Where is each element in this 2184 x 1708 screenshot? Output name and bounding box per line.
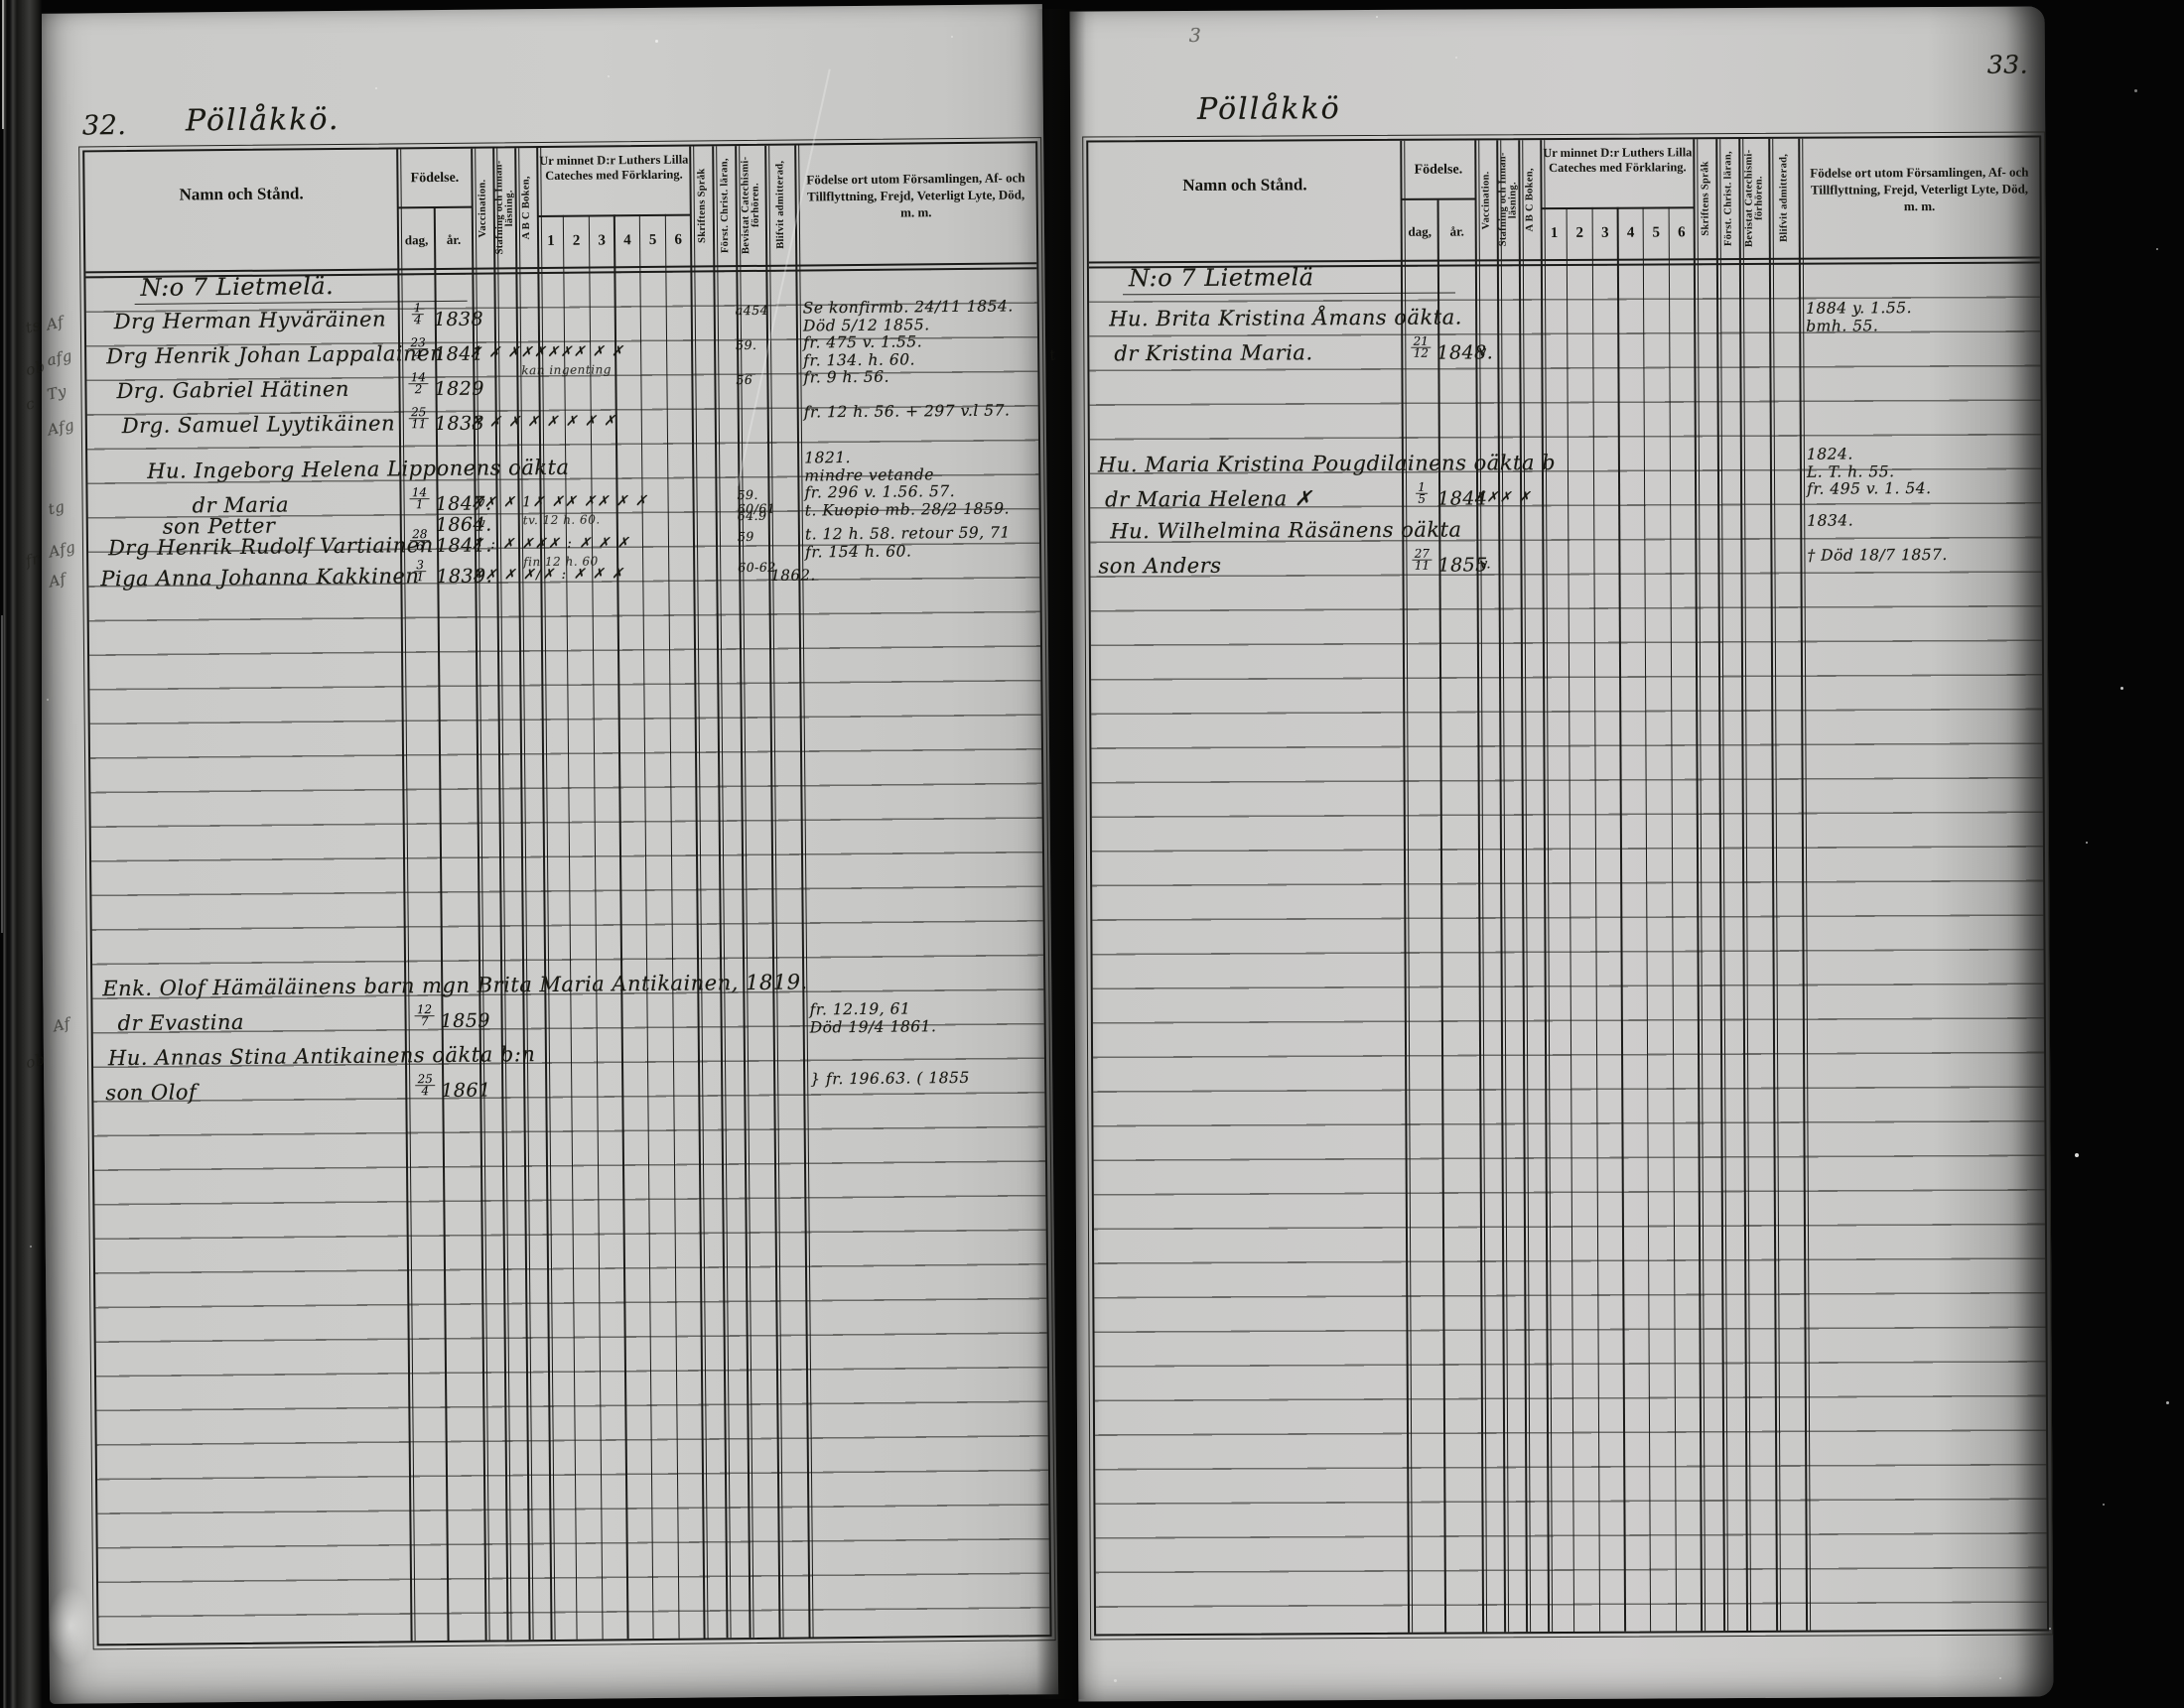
attendance-note: 64.9: [738, 508, 777, 522]
dust-speck: [2075, 1153, 2079, 1157]
birth-day: 234: [401, 337, 435, 360]
birth-year: 1838: [434, 309, 479, 330]
catechism-marks: ✗✗✗ ✗: [1473, 489, 1532, 505]
remarks-note: Se konfirmb. 24/11 1854. Död 5/12 1855.: [803, 297, 1039, 334]
catechism-marks-note: kan ingenting: [521, 362, 612, 377]
dust-speck: [30, 1246, 32, 1248]
entry-name: Piga Anna Johanna Kakkinen: [100, 564, 419, 591]
dust-speck: [1455, 57, 1457, 59]
entry-name: Hu. Maria Kristina Pougdilainens oäkta b: [1098, 451, 1556, 476]
page-number-right: 33.: [1987, 51, 2028, 79]
handwritten-ink-layer: N:o 7 LietmeläHu. Brita Kristina Åmans o…: [1088, 137, 2047, 1634]
section-heading: N:o 7 Lietmelä.: [140, 272, 334, 302]
catechism-marks: ✗ : ✗ ✗✗✗ : ✗ ✗ ✗: [472, 535, 630, 553]
margin-mark: Ty: [46, 382, 68, 404]
dust-speck: [2120, 687, 2123, 690]
remarks-note: 1821. mindre vetande: [804, 447, 1040, 484]
dust-speck: [2103, 1504, 2105, 1506]
margin-mark: afg: [46, 346, 74, 369]
dust-speck: [2166, 1401, 2169, 1404]
dust-speck: [2156, 248, 2158, 250]
dust-speck: [608, 75, 610, 77]
page-title-left: Pöllåkkö.: [186, 102, 341, 138]
handwritten-ink-layer: N:o 7 Lietmelä.Drg Herman Hyväräinen1418…: [84, 143, 1049, 1643]
attendance-note: a454: [736, 304, 775, 318]
birth-year: 1864.: [436, 513, 481, 535]
catechism-marks: ✗✗ ✗ 1✗ ✗✗ ✗✗ ✗ ✗: [472, 492, 649, 510]
birth-day: 15: [1405, 482, 1438, 505]
birth-day: 127: [407, 1004, 441, 1027]
remarks-note: † Död 18/7 1857.: [1807, 545, 2043, 564]
dust-speck: [2049, 1628, 2051, 1630]
page-corner-highlight: [48, 1586, 93, 1665]
entry-name: dr Evastina: [118, 1010, 245, 1035]
book-scan-photo: { "book": { "column_headers": { "name": …: [0, 0, 2184, 1708]
birth-day: 14: [401, 303, 435, 326]
dust-speck: [1999, 1677, 2001, 1679]
dust-speck: [951, 36, 953, 38]
remarks-note: fr. 495 v. 1. 54.: [1807, 478, 2043, 497]
remarks-note: fr. 296 v. 1.56. 57. t. Kuopio mb. 28/2 …: [804, 481, 1040, 519]
birth-year: 1855: [1437, 554, 1483, 576]
admitted-year: 1862.: [770, 566, 816, 584]
register-table-right: Namn och Stånd.Födelse.dag,år.Vaccinatio…: [1086, 135, 2049, 1636]
margin-mark: Afg: [46, 416, 75, 439]
page-left: 32. Pöllåkkö. Namn och Stånd.Födelse.dag…: [34, 4, 1058, 1704]
stray-ink-mark: 3: [1189, 25, 1202, 47]
attendance-note: 56: [736, 373, 775, 387]
page-title-right: Pöllåkkö: [1197, 91, 1341, 127]
dust-speck: [2134, 89, 2137, 92]
birth-day: 286: [403, 529, 437, 552]
margin-mark: Af: [52, 1014, 72, 1035]
dust-speck: [47, 699, 49, 701]
dust-speck: [1376, 16, 1378, 18]
margin-mark: t: [1048, 345, 1058, 364]
entry-name: Drg Henrik Johan Lappalainen: [106, 341, 444, 368]
entry-name: Hu. Annas Stina Antikainens oäkta b:n: [108, 1042, 536, 1070]
birth-year: 1859: [441, 1010, 486, 1032]
catechism-marks: ✗ ✗ ✗ ✗ ✗ ✗ ✗ ✗: [471, 413, 617, 430]
catechism-marks-note: tv. 12 h. 60.: [523, 512, 601, 527]
birth-day: 31: [403, 560, 437, 583]
margin-mark: tg: [47, 497, 67, 518]
remarks-note: } fr. 196.63. ( 1855: [810, 1068, 1046, 1088]
margin-mark: Afg: [47, 537, 76, 560]
section-underline: [1123, 293, 1455, 296]
page-edge-glint: [1, 615, 3, 933]
vaccination-mark: v: [1478, 343, 1487, 359]
remarks-note: 1834.: [1807, 510, 2043, 529]
birth-day: 142: [401, 372, 435, 395]
entry-name: dr Maria Helena ✗: [1105, 486, 1312, 511]
birth-year: 1861: [441, 1080, 486, 1102]
margin-mark: Af: [45, 313, 66, 333]
dust-speck: [655, 40, 658, 43]
remarks-note: fr. 12.19, 61 Död 19/4 1861.: [809, 998, 1045, 1036]
entry-name: Hu. Wilhelmina Räsänens oäkta: [1110, 517, 1461, 543]
entry-name: Hu. Ingeborg Helena Lipponens oäkta: [147, 455, 569, 482]
remarks-note: fr. 12 h. 56. + 297 v.l 57.: [804, 401, 1040, 421]
catechism-marks: ✗ ✗ ✗✗✗✗✗✗ ✗ ✗: [470, 343, 624, 360]
remarks-note: fr. 475 v. 1.55. fr. 134. h. 60.: [803, 331, 1039, 369]
remarks-note: fr. 9 h. 56.: [803, 366, 1039, 386]
section-heading: N:o 7 Lietmelä: [1129, 263, 1314, 292]
birth-day: 141: [402, 487, 436, 510]
birth-day: 2112: [1404, 336, 1437, 359]
entry-name: Enk. Olof Hämäläinens barn mgn Brita Mar…: [102, 970, 808, 1000]
dust-speck: [1114, 1679, 1117, 1682]
page-edge-glint: [2, 0, 4, 129]
birth-day: 254: [408, 1074, 442, 1097]
entry-name: Drg Herman Hyväräinen: [114, 308, 386, 334]
vaccination-mark: v: [478, 515, 486, 531]
entry-name: Drg Henrik Rudolf Vartiainen: [108, 533, 434, 560]
dust-speck: [375, 87, 377, 89]
remarks-note: 1884 y. 1.55. bmh. 55.: [1806, 298, 2042, 334]
book-binding-left-edge: [0, 0, 42, 1708]
birth-day: 2711: [1405, 548, 1438, 571]
catechism-marks: ✗✗ ✗ ✗/✗ : ✗ ✗ ✗: [472, 566, 624, 583]
attendance-note: 59: [738, 529, 777, 543]
entry-name: Hu. Brita Kristina Åmans oäkta.: [1109, 306, 1462, 331]
birth-day: 2511: [402, 407, 436, 430]
dust-speck: [2086, 842, 2088, 844]
entry-name: son Anders: [1098, 553, 1221, 578]
remarks-note: t. 12 h. 58. retour 59, 71 fr. 154 h. 60…: [805, 523, 1041, 561]
page-number-left: 32.: [82, 110, 127, 141]
entry-name: Drg. Samuel Lyytikäinen: [122, 411, 395, 438]
remarks-note: 1824. L. T. h. 55.: [1807, 444, 2043, 480]
margin-mark: Af: [48, 570, 68, 591]
vaccination-mark: v.: [1479, 556, 1491, 572]
entry-name: dr Kristina Maria.: [1114, 340, 1312, 365]
entry-name: son Olof: [105, 1080, 197, 1105]
register-table-left: Namn och Stånd.Födelse.dag,år.Vaccinatio…: [82, 141, 1051, 1645]
entry-name: Drg. Gabriel Hätinen: [116, 377, 349, 403]
page-right: 33. Pöllåkkö 3 Namn och Stånd.Födelse.da…: [1070, 6, 2054, 1701]
birth-year: 1829: [434, 378, 479, 400]
birth-year: 1848.: [1436, 341, 1482, 363]
